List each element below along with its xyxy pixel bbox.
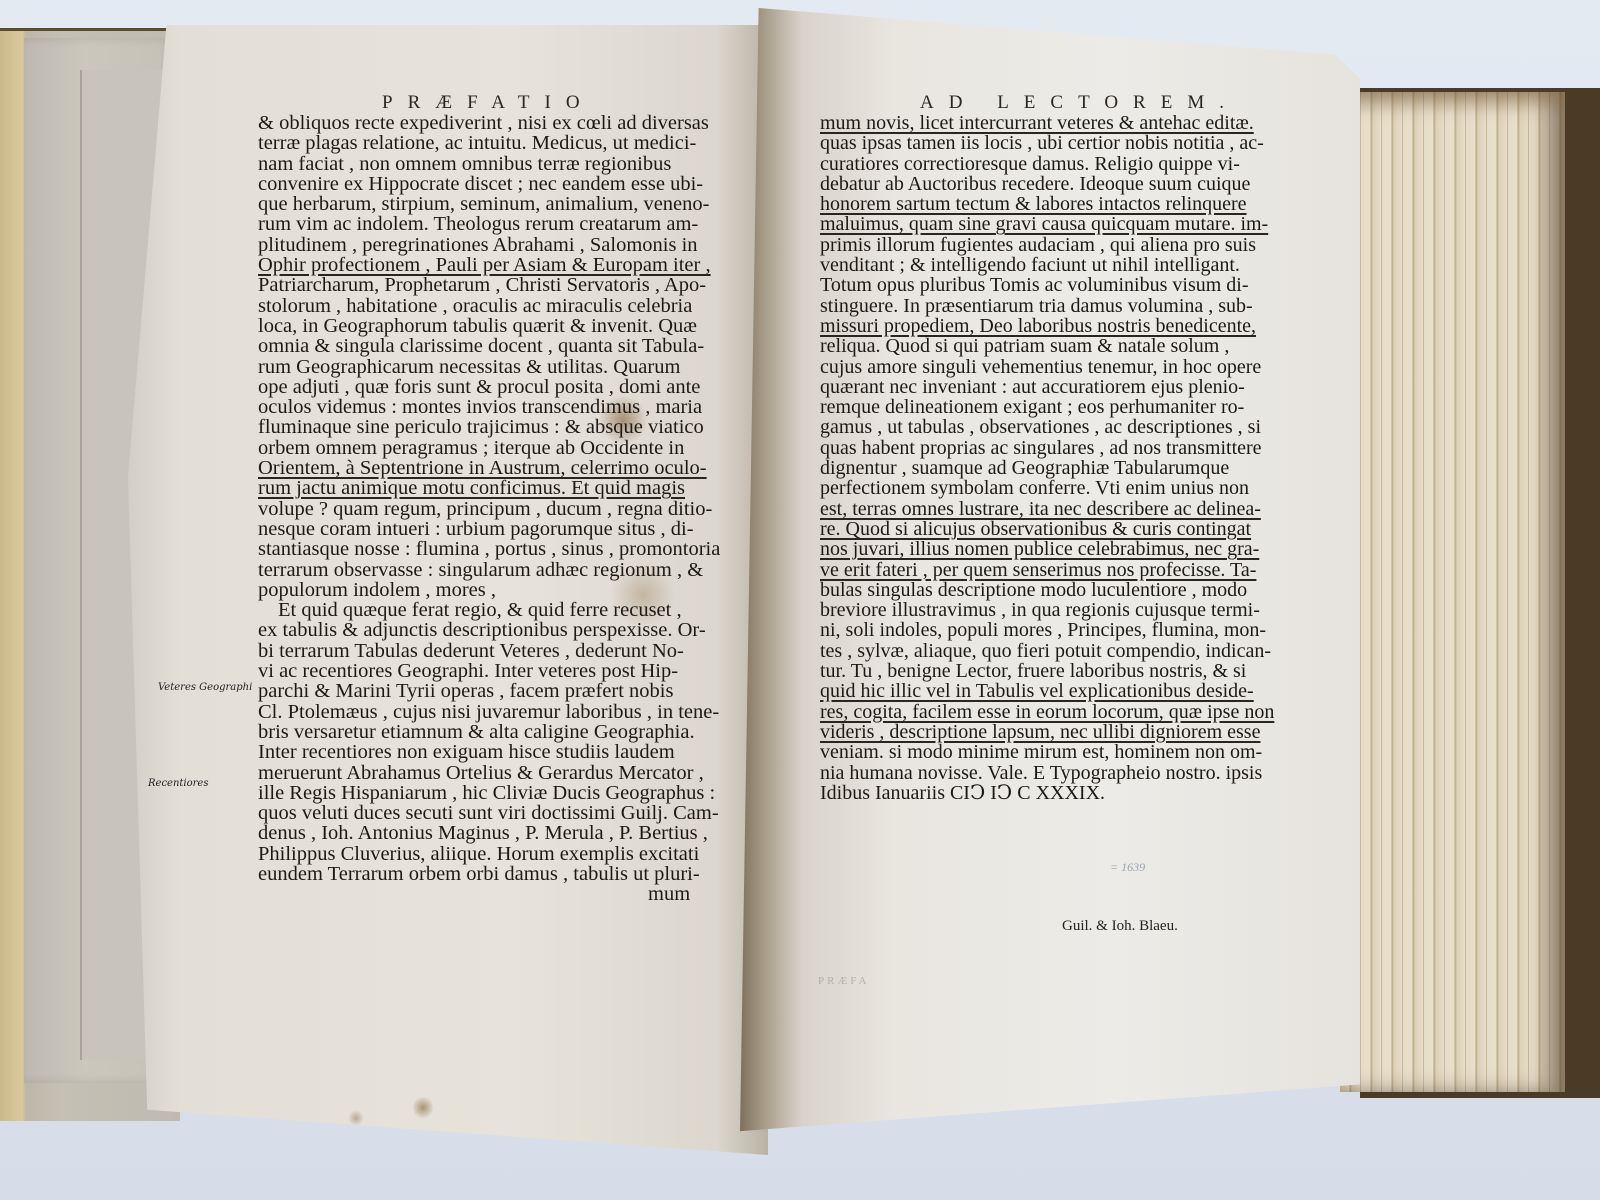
text-line: reliqua. Quod si qui patriam suam & nata… bbox=[820, 336, 1274, 356]
text-line: maluimus, quam sine gravi causa quicquam… bbox=[820, 214, 1274, 234]
text-line: vi ac recentiores Geographi. Inter veter… bbox=[258, 661, 720, 681]
marginal-note: Recentiores bbox=[148, 778, 208, 789]
text-line: stolorum , habitatione , oraculis ac mir… bbox=[258, 296, 720, 316]
text-line: rum vim ac indolem. Theologus rerum crea… bbox=[258, 214, 720, 234]
text-line: meruerunt Abrahamus Ortelius & Gerardus … bbox=[258, 763, 720, 783]
text-line: veniam. si modo minime mirum est, homine… bbox=[820, 742, 1274, 762]
text-line: debatur ab Auctoribus recedere. Ideoque … bbox=[820, 174, 1274, 194]
text-line: tes , sylvæ, aliaque, quo fieri potuit c… bbox=[820, 641, 1274, 661]
text-line: parchi & Marini Tyrii operas , facem præ… bbox=[258, 681, 720, 701]
text-line: stantiasque nosse : flumina , portus , s… bbox=[258, 539, 720, 559]
text-line: Et quid quæque ferat regio, & quid ferre… bbox=[258, 600, 720, 620]
text-line: honorem sartum tectum & labores intactos… bbox=[820, 194, 1274, 214]
text-line: quos veluti duces secuti sunt viri docti… bbox=[258, 803, 720, 823]
right-page-text: mum novis, licet intercurrant veteres & … bbox=[820, 113, 1274, 803]
running-head-right: AD LECTOREM. bbox=[920, 92, 1239, 114]
text-line: tur. Tu , benigne Lector, fruere laborib… bbox=[820, 661, 1274, 681]
text-line: populorum indolem , mores , bbox=[258, 580, 720, 600]
text-line: Inter recentiores non exiguam hisce stud… bbox=[258, 742, 720, 762]
text-line: eundem Terrarum orbem orbi damus , tabul… bbox=[258, 864, 720, 884]
text-line: orbem omnem peragramus ; iterque ab Occi… bbox=[258, 438, 720, 458]
text-line: stinguere. In præsentiarum tria damus vo… bbox=[820, 296, 1274, 316]
text-line: terræ plagas relatione, ac intuitu. Medi… bbox=[258, 133, 720, 153]
text-line: Philippus Cluverius, aliique. Horum exem… bbox=[258, 844, 720, 864]
text-line: curatiores correctioresque damus. Religi… bbox=[820, 154, 1274, 174]
text-line: bris versaretur etiamnum & alta caligine… bbox=[258, 722, 720, 742]
text-line: nam faciat , non omnem omnibus terræ reg… bbox=[258, 154, 720, 174]
text-line: missuri propediem, Deo laboribus nostris… bbox=[820, 316, 1274, 336]
foxing-stain bbox=[413, 1095, 433, 1120]
text-line: re. Quod si alicujus observationibus & c… bbox=[820, 519, 1274, 539]
text-line: Ophir profectionem , Pauli per Asiam & E… bbox=[258, 255, 720, 275]
text-line: Idibus Ianuariis CIↃ IↃ C XXXIX. bbox=[820, 783, 1274, 803]
text-line: mum novis, licet intercurrant veteres & … bbox=[820, 113, 1274, 133]
text-line: ex tabulis & adjunctis descriptionibus p… bbox=[258, 620, 720, 640]
text-line: bulas singulas descriptione modo luculen… bbox=[820, 580, 1274, 600]
text-line: remque delineationem exigant ; eos perhu… bbox=[820, 397, 1274, 417]
text-line: terrarum observasse : singularum adhæc r… bbox=[258, 560, 720, 580]
text-line: mum bbox=[258, 884, 720, 904]
text-line: primis illorum fugientes audaciam , qui … bbox=[820, 235, 1274, 255]
text-block-fore-edge bbox=[1340, 92, 1565, 1092]
text-line: quid hic illic vel in Tabulis vel explic… bbox=[820, 681, 1274, 701]
text-line: ille Regis Hispaniarum , hic Cliviæ Duci… bbox=[258, 783, 720, 803]
text-line: denus , Ioh. Antonius Maginus , P. Merul… bbox=[258, 823, 720, 843]
text-line: videris , descriptione lapsum, nec ullib… bbox=[820, 722, 1274, 742]
text-line: est, terras omnes lustrare, ita nec desc… bbox=[820, 499, 1274, 519]
text-line: perfectionem symbolam conferre. Vti enim… bbox=[820, 478, 1274, 498]
text-line: rum jactu animique motu conficimus. Et q… bbox=[258, 478, 720, 498]
marginal-note: Veteres Geographi bbox=[158, 682, 252, 693]
text-line: nesque coram intueri : urbium pagorumque… bbox=[258, 519, 720, 539]
text-line: loca, in Geographorum tabulis quærit & i… bbox=[258, 316, 720, 336]
text-line: quærant nec inveniant : aut accuratiorem… bbox=[820, 377, 1274, 397]
text-line: breviore illustravimus , in qua regionis… bbox=[820, 600, 1274, 620]
text-line: convenire ex Hippocrate discet ; nec ean… bbox=[258, 174, 720, 194]
pencil-annotation: = 1639 bbox=[1110, 860, 1145, 875]
text-line: bi terrarum Tabulas dederunt Veteres , d… bbox=[258, 641, 720, 661]
text-line: nia humana novisse. Vale. E Typographeio… bbox=[820, 763, 1274, 783]
printer-signature: Guil. & Ioh. Blaeu. bbox=[1062, 918, 1178, 935]
text-line: ni, soli indoles, populi mores , Princip… bbox=[820, 620, 1274, 640]
text-line: rum Geographicarum necessitas & utilitas… bbox=[258, 357, 720, 377]
text-line: ope adjuti , quæ foris sunt & procul pos… bbox=[258, 377, 720, 397]
text-line: fluminaque sine periculo trajicimus : & … bbox=[258, 417, 720, 437]
offset-show-through: PRÆFA bbox=[818, 975, 869, 987]
text-line: que herbarum, stirpium, seminum, animali… bbox=[258, 194, 720, 214]
text-line: venditant ; & intelligendo faciunt ut ni… bbox=[820, 255, 1274, 275]
text-line: volupe ? quam regum, principum , ducum ,… bbox=[258, 499, 720, 519]
left-page-text: & obliquos recte expediverint , nisi ex … bbox=[258, 113, 720, 905]
text-line: nos juvari, illius nomen publice celebra… bbox=[820, 539, 1274, 559]
text-line: Patriarcharum, Prophetarum , Christi Ser… bbox=[258, 275, 720, 295]
text-line: Cl. Ptolemæus , cujus nisi juvaremur lab… bbox=[258, 702, 720, 722]
text-line: res, cogita, facilem esse in eorum locor… bbox=[820, 702, 1274, 722]
text-line: quas ipsas tamen iis locis , ubi certior… bbox=[820, 133, 1274, 153]
text-line: Orientem, à Septentrione in Austrum, cel… bbox=[258, 458, 720, 478]
text-line: cujus amore singuli vehementius tenemur,… bbox=[820, 357, 1274, 377]
text-line: oculos videmus : montes invios transcend… bbox=[258, 397, 720, 417]
text-line: & obliquos recte expediverint , nisi ex … bbox=[258, 113, 720, 133]
text-line: plitudinem , peregrinationes Abrahami , … bbox=[258, 235, 720, 255]
text-line: gamus , ut tabulas , observationes , ac … bbox=[820, 417, 1274, 437]
text-line: quas habent proprias ac singulares , ad … bbox=[820, 438, 1274, 458]
text-line: omnia & singula clarissime docent , quan… bbox=[258, 336, 720, 356]
text-line: Totum opus pluribus Tomis ac voluminibus… bbox=[820, 275, 1274, 295]
foxing-stain bbox=[348, 1110, 364, 1126]
text-line: ve erit fateri , per quem senserimus nos… bbox=[820, 560, 1274, 580]
running-head-left: PRÆFATIO bbox=[382, 92, 595, 114]
text-line: dignentur , suamque ad Geographiæ Tabula… bbox=[820, 458, 1274, 478]
